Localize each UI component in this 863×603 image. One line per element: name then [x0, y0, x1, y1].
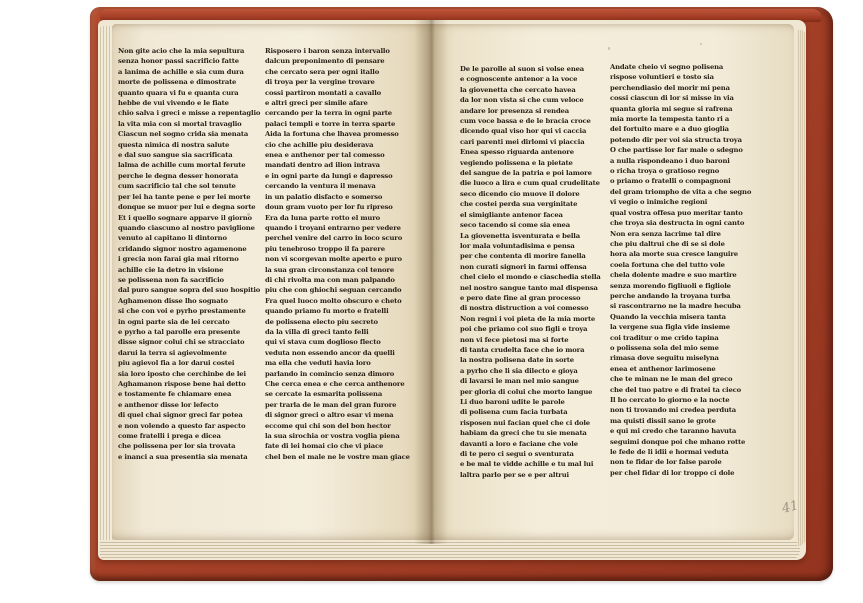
- page-edge-stack-right: [797, 30, 806, 546]
- left-page-column-2: Risposero i baron senza intervallo dalcu…: [265, 46, 437, 470]
- foxing-speck: [700, 43, 702, 45]
- foxing-speck: [247, 213, 250, 216]
- right-page-column-1: De le parolle al suon si volse enea e co…: [460, 64, 612, 488]
- page-edge-stack-bottom: [100, 540, 800, 560]
- foxing-speck: [608, 47, 610, 50]
- right-page-column-2: Andate cheio vi segno polisena rispose v…: [610, 62, 792, 486]
- book-photo: Non gite acio che la mia sepultura senza…: [0, 0, 863, 603]
- left-page-column-1: Non gite acio che la mia sepultura senza…: [118, 46, 270, 470]
